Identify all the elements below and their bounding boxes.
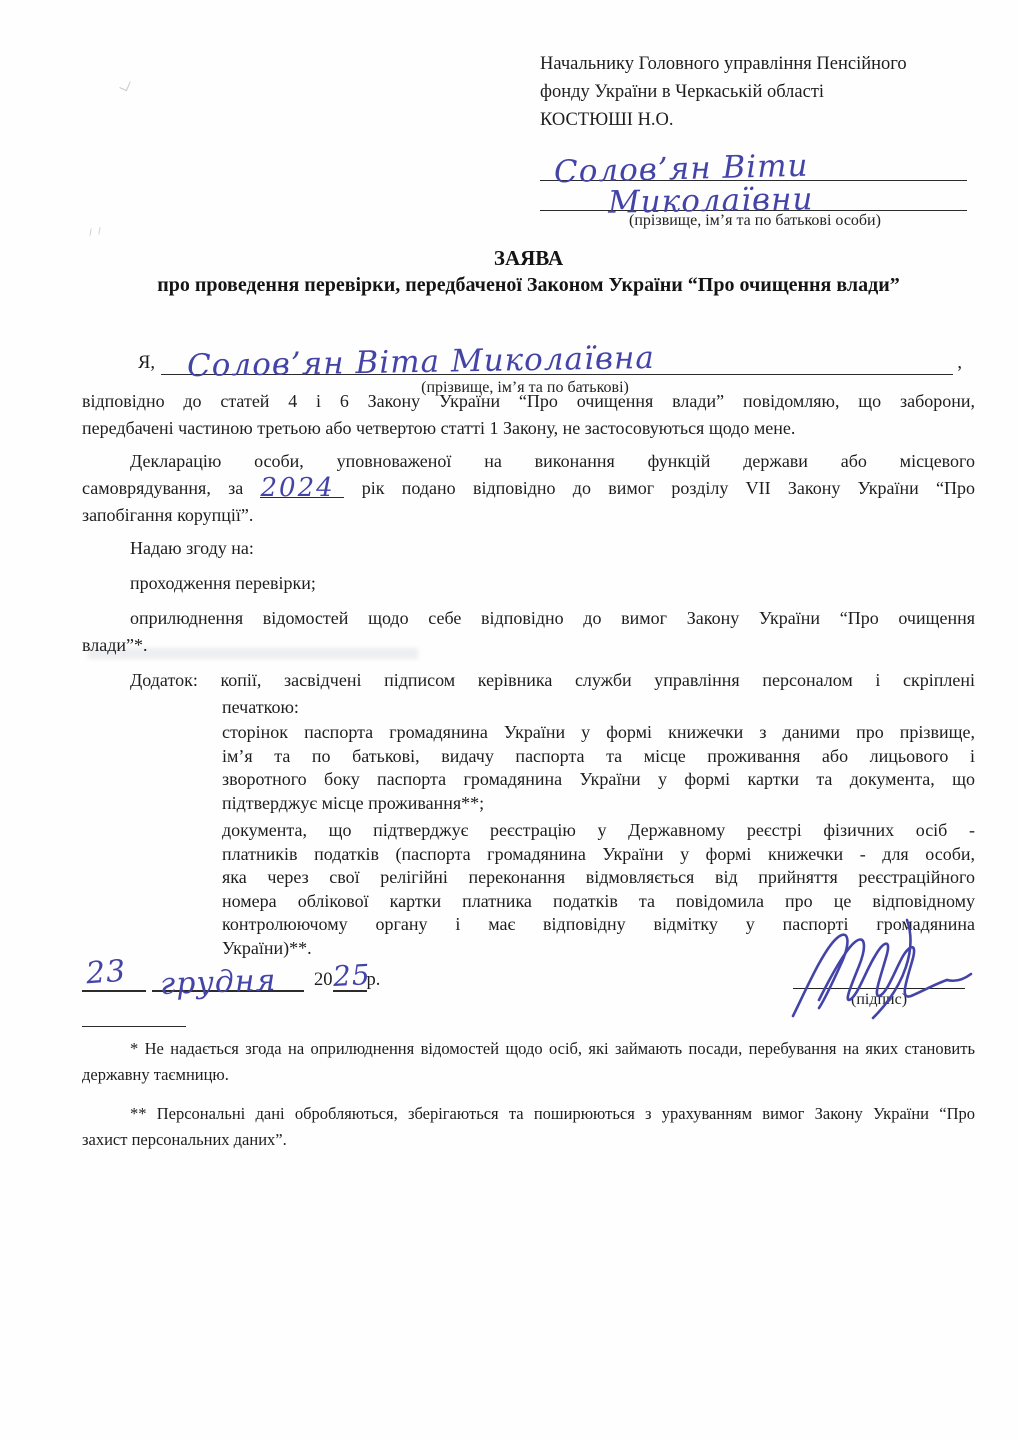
attachment-item-line: документа, що підтверджує реєстрацію у Д… — [82, 819, 975, 843]
document-subtitle: про проведення перевірки, передбаченої З… — [62, 274, 995, 297]
footnote-line: * Не надається згода на оприлюднення від… — [82, 1036, 975, 1062]
scanned-application-document: Начальнику Головного управління Пенсійно… — [0, 0, 1018, 1440]
attachment-item-line: платників податків (паспорта громадянина… — [82, 843, 975, 867]
paragraph-line: відповідно до статей 4 і 6 Закону Україн… — [82, 388, 975, 415]
declarant-line: Я, Солов’ян Віта Миколаївна , — [82, 328, 962, 375]
consent-item: проходження перевірки; — [82, 570, 975, 597]
recipient-block: Начальнику Головного управління Пенсійно… — [540, 50, 975, 134]
paragraph-line: передбачені частиною третьою або четверт… — [82, 415, 975, 442]
attachment-intro-line: печаткою: — [82, 694, 975, 721]
month-underline: грудня — [152, 944, 304, 992]
handwritten-signature — [779, 908, 979, 1020]
recipient-line: КОСТЮШІ Н.О. — [540, 106, 975, 134]
handwritten-year: 2024 — [260, 473, 334, 503]
name-underline: Солов’ян Віти — [540, 138, 967, 181]
pronoun-label: Я, — [138, 353, 155, 375]
scan-speck — [119, 79, 130, 91]
attachment-item-line: сторінок паспорта громадянина України у … — [82, 721, 975, 745]
footnote-line: ** Персональні дані обробляються, зберіг… — [82, 1101, 975, 1127]
signature-line — [793, 922, 965, 989]
consent-intro: Надаю згоду на: — [82, 535, 975, 562]
handwritten-year-suffix: 25 — [332, 958, 371, 993]
paragraph-line-with-year: самоврядування, за 2024 рік подано відпо… — [82, 475, 975, 502]
applicant-name-field: Солов’ян Віти Миколаївни — [540, 138, 967, 211]
handwritten-declarant-name: Солов’ян Віта Миколаївна — [187, 340, 655, 384]
document-title: ЗАЯВА — [82, 246, 975, 271]
paragraph-line: Декларацію особи, уповноваженої на викон… — [82, 448, 975, 475]
name-underline: Миколаївни — [540, 181, 967, 211]
declarant-name-underline: Солов’ян Віта Миколаївна — [161, 328, 953, 375]
handwritten-month: грудня — [159, 963, 277, 1002]
attachment-intro-line: Додаток: копії, засвідчені підписом кері… — [82, 667, 975, 694]
footnotes: * Не надається згода на оприлюднення від… — [82, 1036, 975, 1153]
paragraph-text: самоврядування, за — [82, 478, 243, 498]
year-prefix: 20 — [314, 970, 333, 992]
footnote-separator — [82, 1026, 186, 1027]
date-field: 23 грудня 20 25 р. — [82, 944, 380, 992]
paragraph-line: запобігання корупції”. — [82, 502, 975, 529]
signature-field: (підпис) — [793, 922, 965, 1009]
year-underline: 25 — [333, 944, 367, 992]
attachment-item-line: яка через свої релігійні переконання від… — [82, 866, 975, 890]
attachment-item-line: зворотного боку паспорта громадянина Укр… — [82, 768, 975, 792]
name-caption: (прізвище, ім’я та по батькові особи) — [555, 212, 955, 230]
consent-item-line: влади”*. — [82, 632, 975, 659]
footnote-line: державну таємницю. — [82, 1062, 975, 1088]
handwritten-day: 23 — [85, 954, 128, 992]
year-underline: 2024 — [260, 478, 344, 498]
paragraph-text: рік подано відповідно до вимог розділу V… — [362, 478, 975, 498]
attachment-item-line: ім’я та по батькові, видачу паспорта та … — [82, 745, 975, 769]
consent-item-line: оприлюднення відомостей щодо себе відпов… — [82, 605, 975, 632]
recipient-line: Начальнику Головного управління Пенсійно… — [540, 50, 975, 78]
trailing-comma: , — [953, 353, 962, 375]
document-body: відповідно до статей 4 і 6 Закону Україн… — [82, 388, 975, 960]
recipient-line: фонду України в Черкаській області — [540, 78, 975, 106]
footnote-line: захист персональних даних”. — [82, 1127, 975, 1153]
scan-speck — [89, 227, 100, 236]
day-underline: 23 — [82, 944, 146, 992]
attachment-item-line: підтверджує місце проживання**; — [82, 792, 975, 816]
